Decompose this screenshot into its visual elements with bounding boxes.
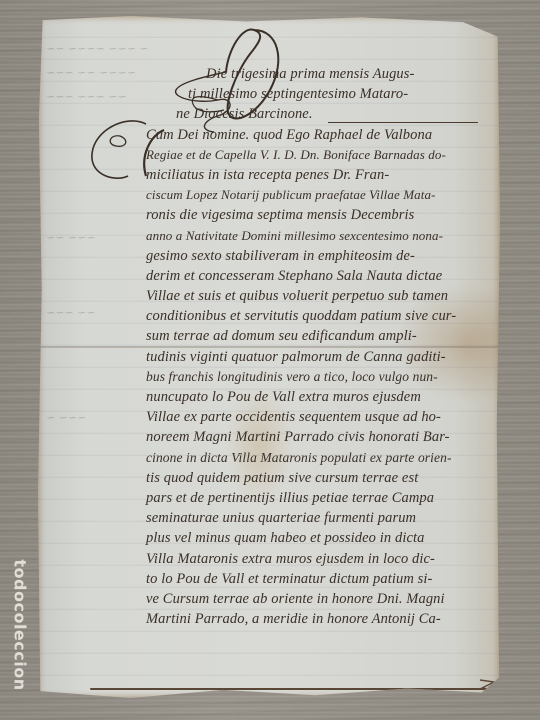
margin-bleed-through: ~~~~ ~~ ~~~ [46, 66, 136, 79]
manuscript-line: noreem Magni Martini Parrado civis honor… [146, 427, 496, 447]
end-flourish-rule [90, 688, 490, 690]
manuscript-line: nuncupato lo Pou de Vall extra muros eju… [146, 387, 496, 407]
manuscript-text: Die trigesima prima mensis Augus- ti mil… [146, 64, 496, 629]
manuscript-line: tudinis viginti quatuor palmorum de Cann… [146, 347, 496, 367]
manuscript-line: Martini Parrado, a meridie in honore Ant… [146, 609, 496, 629]
margin-bleed-through: ~ ~~~ ~~~~ ~~ [46, 42, 149, 55]
manuscript-line: Villae et suis et quibus voluerit perpet… [146, 286, 496, 306]
manuscript-line: Villa Mataronis extra muros ejusdem in l… [146, 549, 496, 569]
manuscript-line: ve Cursum terrae ab oriente in honore Dn… [146, 589, 496, 609]
manuscript-line: seminaturae unius quarteriae furmenti pa… [146, 508, 496, 528]
manuscript-line: pars et de pertinentijs illius petiae te… [146, 488, 496, 508]
manuscript-line: Die trigesima prima mensis Augus- [206, 64, 496, 84]
manuscript-line: derim et concesseram Stephano Sala Nauta… [146, 266, 496, 286]
manuscript-line: ti millesimo septingentesimo Mataro- [188, 84, 496, 104]
manuscript-line: to lo Pou de Vall et terminatur dictum p… [146, 569, 496, 589]
end-flourish-icon [478, 676, 498, 702]
manuscript-line: bus franchis longitudinis vero a tico, l… [146, 367, 496, 387]
manuscript-line: Villae ex parte occidentis sequentem usq… [146, 407, 496, 427]
manuscript-page: ~ ~~~ ~~~~ ~~ ~~~~ ~~ ~~~ ~~ ~~~ ~~~ ~~~… [38, 16, 500, 698]
margin-bleed-through: ~~~ ~~ [46, 231, 96, 244]
manuscript-line: tis quod quidem patium sive cursum terra… [146, 468, 496, 488]
manuscript-line: plus vel minus quam habeo et possideo in… [146, 528, 496, 548]
manuscript-line: conditionibus et servitutis quoddam pati… [146, 306, 496, 326]
manuscript-line: ciscum Lopez Notarij publicum praefatae … [146, 185, 496, 205]
watermark-text: todocoleccion [11, 559, 30, 690]
watermark: todocoleccion [6, 545, 34, 705]
manuscript-line: anno a Nativitate Domini millesimo sexce… [146, 226, 496, 246]
manuscript-line: cinone in dicta Villa Mataronis populati… [146, 448, 496, 468]
manuscript-line: Regiae et de Capella V. I. D. Dn. Bonifa… [146, 145, 496, 165]
manuscript-line: ronis die vigesima septima mensis Decemb… [146, 205, 496, 225]
manuscript-line: Cum Dei nomine. quod Ego Raphael de Valb… [146, 125, 496, 145]
header-underline [328, 122, 478, 123]
manuscript-line: miciliatus in ista recepta penes Dr. Fra… [146, 165, 496, 185]
manuscript-line: sum terrae ad domum seu edificandum ampl… [146, 326, 496, 346]
margin-bleed-through: ~~ ~~~ [46, 306, 96, 319]
margin-bleed-through: ~~ ~~~ ~~~ [46, 90, 127, 103]
manuscript-line: gesimo sexto stabiliveram in emphiteosim… [146, 246, 496, 266]
margin-bleed-through: ~~~ ~ [46, 411, 86, 424]
